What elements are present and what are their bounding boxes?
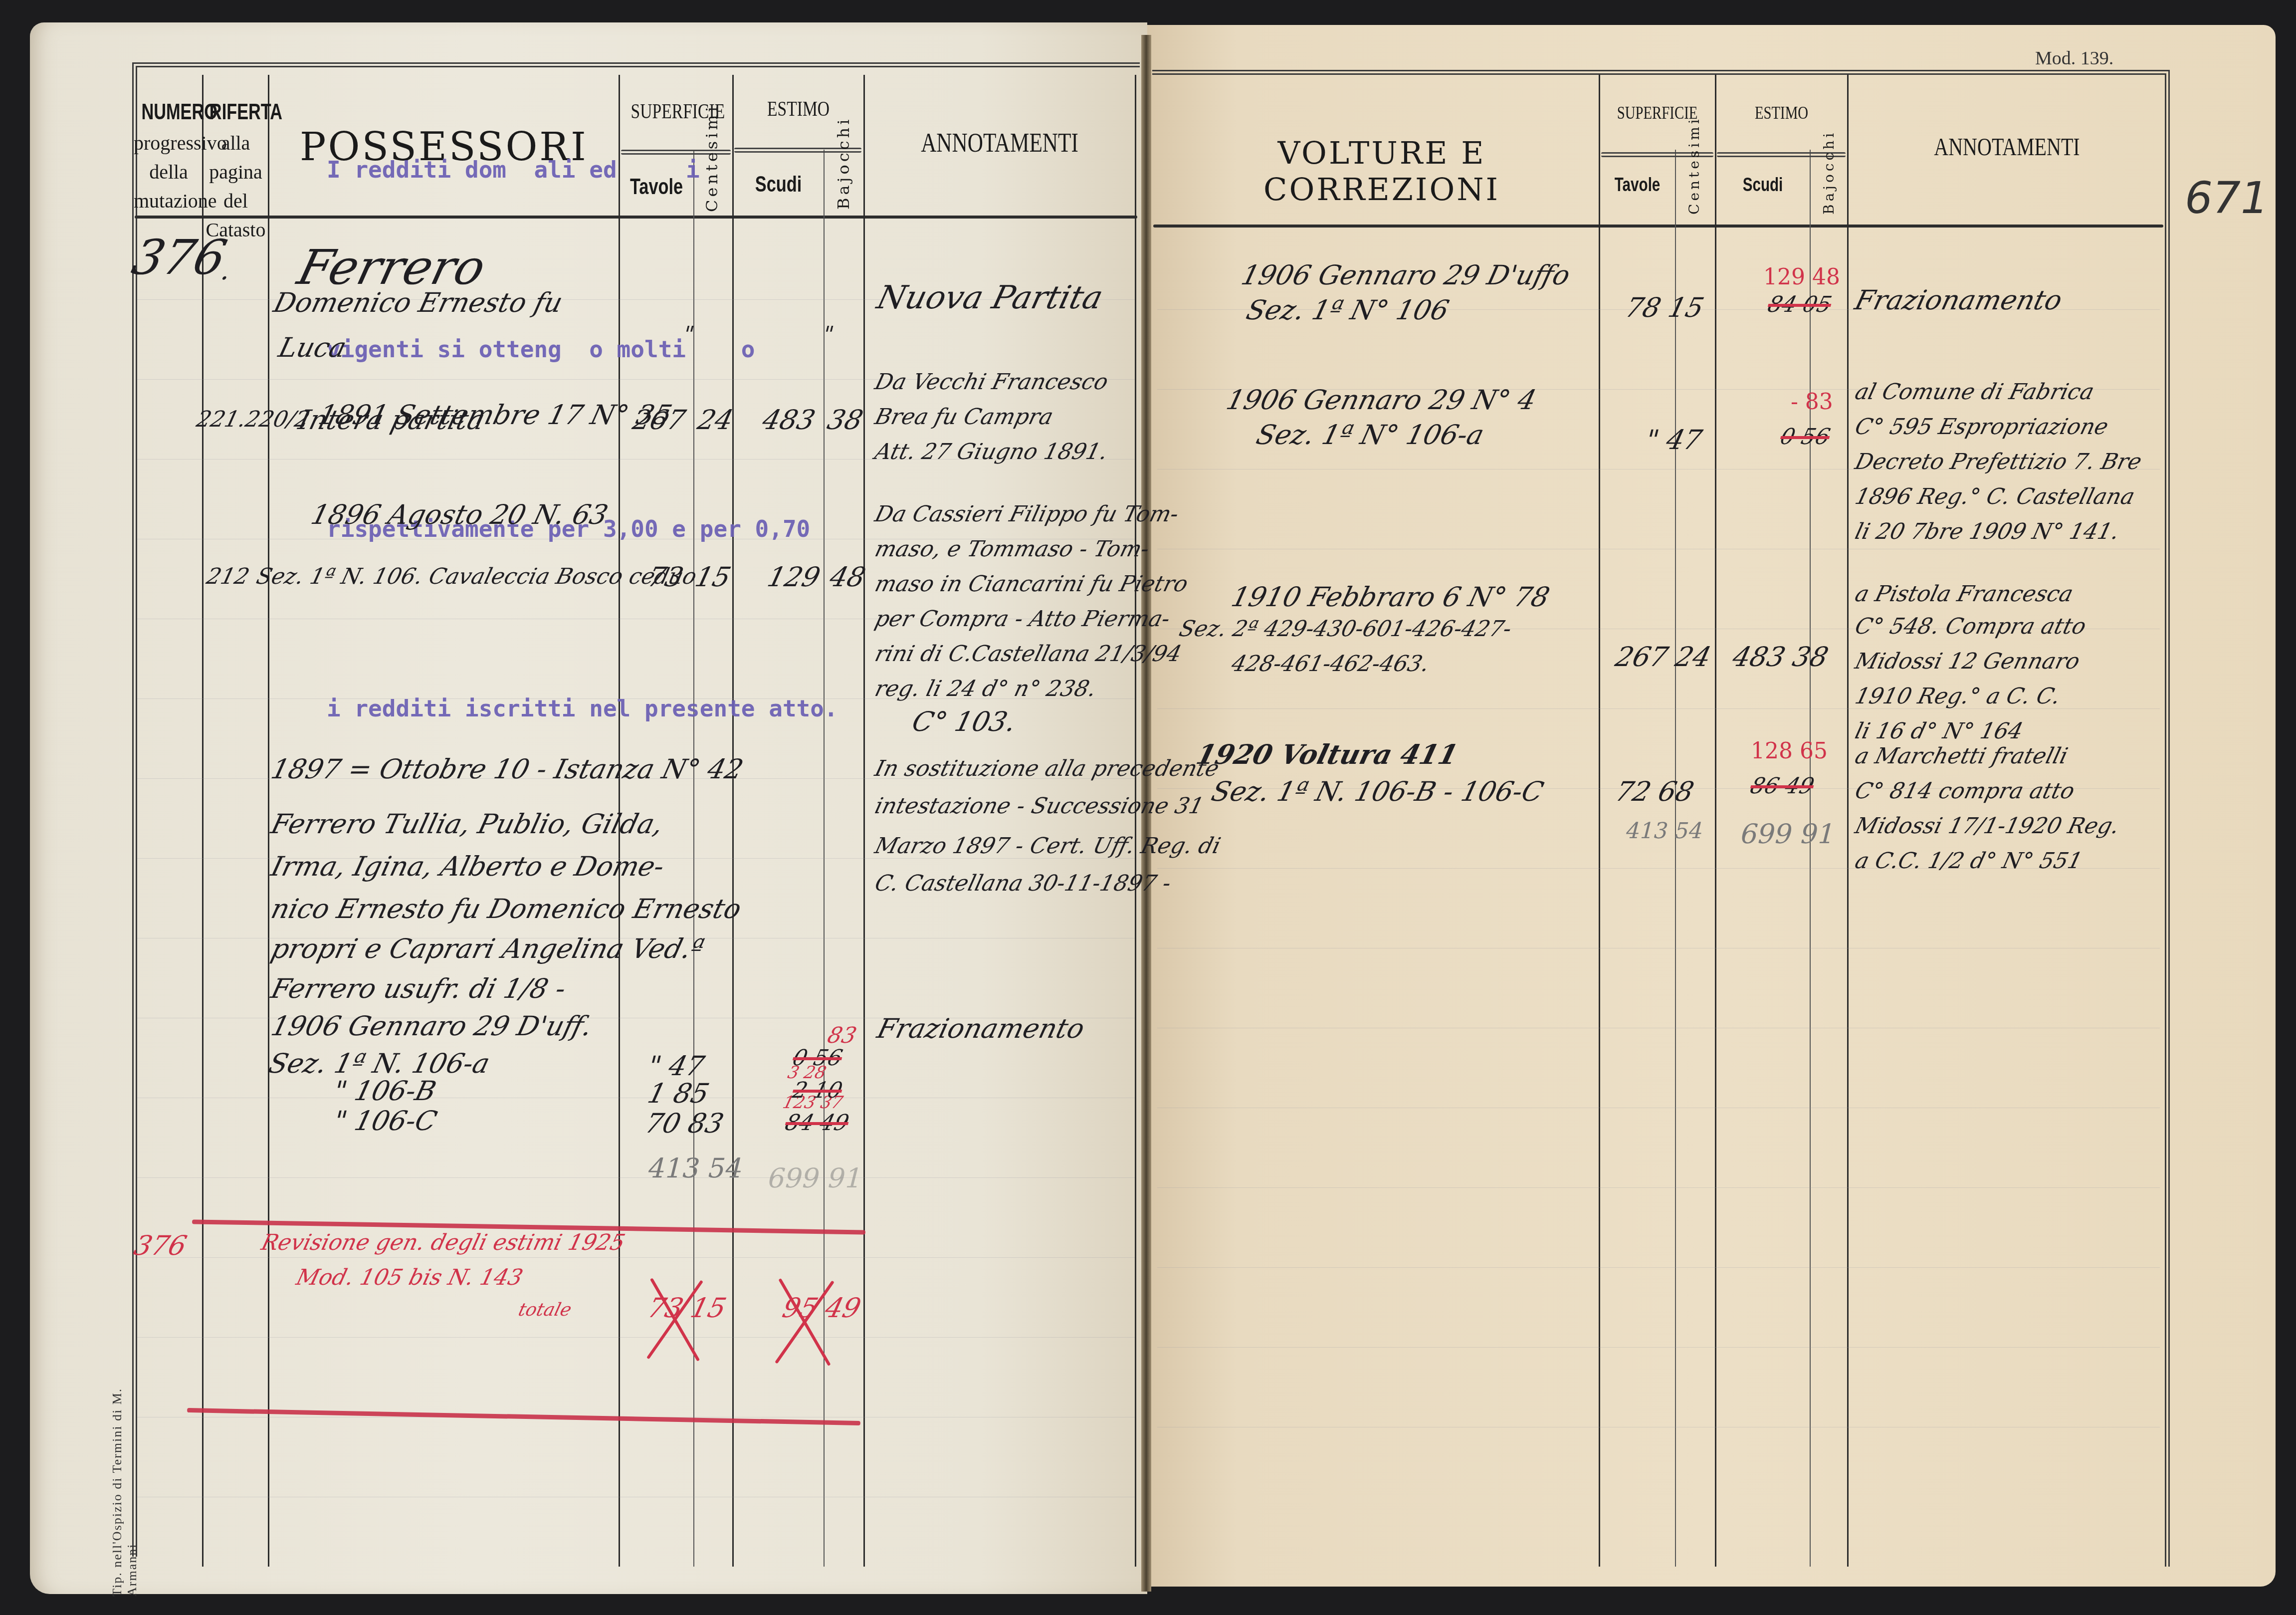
entry-numero: 376 xyxy=(127,230,232,285)
annotation-line: C. Castellana 30-11-1897 - xyxy=(872,871,1174,896)
possessore-line: Domenico Ernesto fu xyxy=(270,287,566,318)
col-line-volture xyxy=(1599,75,1600,1567)
entry-riferta: 212 xyxy=(204,564,252,589)
annotation-line: Brea fu Campra xyxy=(872,404,1056,430)
annotation-line: li 16 d° N° 164 xyxy=(1853,718,2026,744)
entry-tavole: 70 83 xyxy=(642,1108,727,1139)
header-tavole: Tavole xyxy=(1608,175,1667,196)
annotation-line: Da Cassieri Filippo fu Tom- xyxy=(872,501,1182,527)
annotation-line: Midossi 12 Gennaro xyxy=(1853,649,2083,674)
struck-estimo: 2 10 xyxy=(790,1078,845,1103)
col-line-riferta xyxy=(268,75,269,1567)
voltura-line: 1906 Gennaro 29 N° 4 xyxy=(1223,384,1539,416)
header-numero: NUMERO xyxy=(141,100,196,125)
voltura-line: 1910 Febbraro 6 N° 78 xyxy=(1228,581,1553,613)
red-estimo: 129 48 xyxy=(1763,264,1840,290)
annotation-line: C° 103. xyxy=(909,706,1019,737)
annotation-line: Da Vecchi Francesco xyxy=(872,369,1111,395)
voltura-line: Sez. 1ª N° 106-a xyxy=(1253,419,1487,451)
entry-scudi: 129 xyxy=(764,561,824,593)
annotation-line: per Compra - Atto Pierma- xyxy=(872,606,1173,632)
page-number: 671 xyxy=(2185,172,2269,224)
red-totale-superficie: 73 15 xyxy=(644,1292,729,1324)
entry-superficie: 78 15 xyxy=(1622,292,1707,323)
possessore-line: 1897 = Ottobre 10 - Istanza N° 42 xyxy=(268,753,746,785)
red-totale-label: totale xyxy=(516,1300,574,1320)
entry-tavole: 1 85 xyxy=(644,1078,712,1109)
col-line-tavole xyxy=(1675,150,1676,1567)
annotation-line: a Marchetti fratelli xyxy=(1853,743,2071,769)
annotation-line: Decreto Prefettizio 7. Bre xyxy=(1853,449,2144,474)
header-bajocchi: Bajocchi xyxy=(1821,160,1837,215)
pencil-total-estimo: 699 91 xyxy=(764,1162,866,1194)
annotation-line: li 20 7bre 1909 N° 141. xyxy=(1853,519,2122,544)
annotation-line: 1896 Reg.° C. Castellana xyxy=(1853,484,2137,509)
entry-superficie: " 47 xyxy=(1642,424,1705,456)
annotation-line: a Pistola Francesca xyxy=(1853,581,2076,607)
entry-estimo: 483 38 xyxy=(1729,641,1832,673)
voltura-line: Sez. 2ª 429-430-601-426-427- xyxy=(1177,616,1514,642)
header-annotamenti: ANNOTAMENTI xyxy=(1880,132,2134,161)
voltura-line: Sez. 1ª N. 106-B - 106-C xyxy=(1208,776,1547,807)
col-line-right xyxy=(1135,75,1136,1567)
revenue-stamp: I redditi dom ali ed i vigenti si otteng… xyxy=(327,20,838,858)
header-riferta-sub: alla pagina del Catasto xyxy=(202,129,269,244)
entry-superficie: 267 24 xyxy=(1612,641,1714,673)
annotation-line: maso in Ciancarini fu Pietro xyxy=(872,571,1191,597)
col-line-estimo xyxy=(1847,75,1849,1567)
pencil-total-estimo: 699 91 xyxy=(1737,818,1839,850)
possessore-line: 1896 Agosto 20 N. 63 xyxy=(308,499,611,530)
annotation-line: maso, e Tommaso - Tom- xyxy=(872,536,1152,562)
possessore-line: Ferrero Tullia, Publio, Gilda, xyxy=(268,808,666,840)
col-line-superficie xyxy=(1715,75,1716,1567)
header-annotamenti: ANNOTAMENTI xyxy=(891,127,1108,158)
red-note-line: Revisione gen. degli estimi 1925 xyxy=(259,1230,627,1255)
annotation-line: reg. li 24 d° n° 238. xyxy=(872,676,1099,701)
col-line-scudi xyxy=(1810,150,1811,1567)
struck-estimo: 86 49 xyxy=(1748,773,1817,799)
possessore-line: Intera partita xyxy=(295,404,488,436)
entry-scudi: 483 xyxy=(759,404,819,436)
annotation-line: Nuova Partita xyxy=(873,279,1107,316)
annotation-line: C° 814 compra atto xyxy=(1853,778,2078,804)
entry-tavole: 267 xyxy=(629,404,689,436)
possessore-line: Sez. 1ª N. 106. Cavaleccia Bosco ceduo xyxy=(254,564,699,589)
red-estimo: 128 65 xyxy=(1751,738,1828,764)
entry-superficie: 72 68 xyxy=(1612,776,1697,807)
struck-estimo: 84 05 xyxy=(1765,292,1835,317)
entry-riferta: 221.220/2 xyxy=(194,407,312,432)
possessore-line: propri e Caprari Angelina Ved.ª xyxy=(268,933,707,964)
voltura-line: Sez. 1ª N° 106 xyxy=(1243,294,1452,326)
voltura-line: 1906 Gennaro 29 D'uffo xyxy=(1238,259,1573,291)
possessore-line: Sez. 1ª N. 106-a xyxy=(265,1048,493,1079)
form-number: Mod. 139. xyxy=(2035,47,2113,69)
red-entry-numero: 376 xyxy=(131,1230,190,1261)
annotation-line: C° 595 Espropriazione xyxy=(1853,414,2111,440)
possessore-line: " 106-B xyxy=(330,1075,439,1107)
struck-estimo: 84 49 xyxy=(783,1110,852,1136)
col-line-numero xyxy=(202,75,204,1567)
header-scudi: Scudi xyxy=(1726,175,1800,196)
annotation-line: rini di C.Castellana 21/3/94 xyxy=(872,641,1184,667)
header-centesimi: Centesimi xyxy=(1686,160,1702,215)
annotation-line: al Comune di Fabrica xyxy=(1853,379,2097,405)
annotation-line: C° 548. Compra atto xyxy=(1853,614,2089,639)
annotation-line: Frazionamento xyxy=(874,1013,1088,1044)
red-note-line: Mod. 105 bis N. 143 xyxy=(294,1265,526,1290)
right-header-rule xyxy=(1153,225,2163,228)
col-line-estimo xyxy=(863,75,865,1567)
struck-estimo: 0 56 xyxy=(790,1045,845,1071)
entry-tavole: " 47 xyxy=(644,1050,707,1082)
pencil-total-superficie: 413 54 xyxy=(644,1153,747,1184)
header-estimo: ESTIMO xyxy=(1729,102,1834,123)
pencil-total-superficie: 413 54 xyxy=(1623,818,1706,844)
annotation-line: Att. 27 Giugno 1891. xyxy=(872,439,1111,464)
annotation-line: a C.C. 1/2 d° N° 551 xyxy=(1853,848,2086,874)
annotation-line: Midossi 17/1-1920 Reg. xyxy=(1853,813,2122,839)
possessore-line: " 106-C xyxy=(330,1105,440,1137)
possessore-line: nico Ernesto fu Domenico Ernesto xyxy=(268,893,744,924)
header-riferta: RIFERTA xyxy=(209,100,262,125)
voltura-line: 1920 Voltura 411 xyxy=(1193,738,1461,770)
possessore-line: Luca xyxy=(275,332,350,363)
annotation-line: Frazionamento xyxy=(1852,284,2066,316)
possessore-line: Irma, Igina, Alberto e Dome- xyxy=(268,851,667,882)
header-numero-sub: progressivo della mutazione xyxy=(134,129,204,216)
red-estimo: - 83 xyxy=(1791,389,1833,415)
annotation-line: 1910 Reg.° a C. C. xyxy=(1853,684,2063,709)
printer-imprint: Tip. nell'Ospizio di Termini di M. Arman… xyxy=(110,1387,140,1597)
possessore-line: Ferrero usufr. di 1/8 - xyxy=(268,973,569,1004)
header-volture: VOLTURE E CORREZIONI xyxy=(1167,135,1596,208)
voltura-line: 428-461-462-463. xyxy=(1229,651,1432,677)
struck-estimo: 0 56 xyxy=(1778,424,1833,450)
possessore-line: 1906 Gennaro 29 D'uff. xyxy=(268,1010,596,1042)
